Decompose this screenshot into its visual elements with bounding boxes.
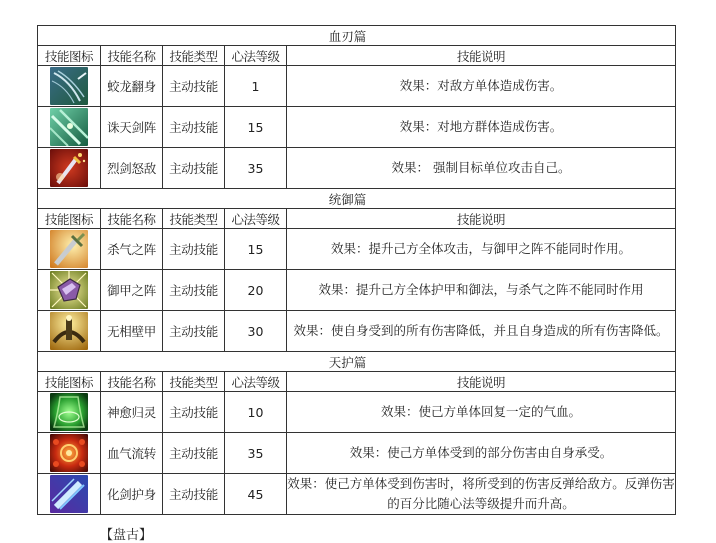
section-header-tongyu: 统御篇 [38,189,676,209]
col-header-icon: 技能图标 [38,209,101,229]
skill-desc: 效果：提升己方全体护甲和御法，与杀气之阵不能同时作用 [287,270,676,311]
skill-level: 15 [225,107,287,148]
table-row: 化剑护身 主动技能 45 效果：使己方单体受到伤害时，将所受到的伤害反弹给敌方。… [38,474,676,515]
skill-type: 主动技能 [163,392,225,433]
pangu-label: 【盘古】 [100,524,152,543]
skill-name: 诛天剑阵 [101,107,163,148]
skill-level: 20 [225,270,287,311]
skill-desc: 效果：使己方单体受到伤害时，将所受到的伤害反弹给敌方。反弹伤害的百分比随心法等级… [287,474,676,515]
skill-level: 35 [225,148,287,189]
skill-desc: 效果：使自身受到的所有伤害降低，并且自身造成的所有伤害降低。 [287,311,676,352]
golden-sword-icon [50,230,88,268]
col-header-desc: 技能说明 [287,372,676,392]
col-header-desc: 技能说明 [287,209,676,229]
skill-name: 烈剑怒敌 [101,148,163,189]
col-header-type: 技能类型 [163,372,225,392]
sword-guard-icon [50,475,88,513]
skill-name: 杀气之阵 [101,229,163,270]
skill-type: 主动技能 [163,66,225,107]
skill-name: 血气流转 [101,433,163,474]
skill-name: 御甲之阵 [101,270,163,311]
skill-type: 主动技能 [163,148,225,189]
section-header-tianhu: 天护篇 [38,352,676,372]
skill-type: 主动技能 [163,474,225,515]
skill-desc: 效果： 强制目标单位攻击自己。 [287,148,676,189]
col-header-type: 技能类型 [163,209,225,229]
section-title: 血刃篇 [329,27,367,45]
col-header-level: 心法等级 [225,46,287,66]
skill-type: 主动技能 [163,270,225,311]
skill-level: 15 [225,229,287,270]
skill-level: 45 [225,474,287,515]
sword-formation-icon [50,108,88,146]
col-header-name: 技能名称 [101,372,163,392]
col-header-icon: 技能图标 [38,372,101,392]
skill-level: 1 [225,66,287,107]
skill-name: 无相壁甲 [101,311,163,352]
skills-table: 血刃篇 技能图标 技能名称 技能类型 心法等级 技能说明 蛟龙翻身 主动技能 1… [37,25,676,515]
table-row: 诛天剑阵 主动技能 15 效果：对地方群体造成伤害。 [38,107,676,148]
shield-icon [50,271,88,309]
skill-desc: 效果：对敌方单体造成伤害。 [287,66,676,107]
skill-level: 30 [225,311,287,352]
skill-level: 35 [225,433,287,474]
skill-desc: 效果：提升己方全体攻击，与御甲之阵不能同时作用。 [287,229,676,270]
skill-type: 主动技能 [163,311,225,352]
col-header-level: 心法等级 [225,372,287,392]
skill-desc: 效果：对地方群体造成伤害。 [287,107,676,148]
col-header-type: 技能类型 [163,46,225,66]
green-heal-icon [50,393,88,431]
skill-type: 主动技能 [163,229,225,270]
column-header-row: 技能图标 技能名称 技能类型 心法等级 技能说明 [38,372,676,392]
skill-type: 主动技能 [163,107,225,148]
col-header-desc: 技能说明 [287,46,676,66]
skill-name: 化剑护身 [101,474,163,515]
skill-name: 神愈归灵 [101,392,163,433]
skill-name: 蛟龙翻身 [101,66,163,107]
table-row: 血气流转 主动技能 35 效果：使己方单体受到的部分伤害由自身承受。 [38,433,676,474]
blood-flow-icon [50,434,88,472]
fiery-sword-icon [50,149,88,187]
table-row: 神愈归灵 主动技能 10 效果：使己方单体回复一定的气血。 [38,392,676,433]
column-header-row: 技能图标 技能名称 技能类型 心法等级 技能说明 [38,209,676,229]
table-row: 御甲之阵 主动技能 20 效果：提升己方全体护甲和御法，与杀气之阵不能同时作用 [38,270,676,311]
skill-desc: 效果：使己方单体回复一定的气血。 [287,392,676,433]
col-header-level: 心法等级 [225,209,287,229]
skill-desc: 效果：使己方单体受到的部分伤害由自身承受。 [287,433,676,474]
skill-type: 主动技能 [163,433,225,474]
table-row: 烈剑怒敌 主动技能 35 效果： 强制目标单位攻击自己。 [38,148,676,189]
col-header-name: 技能名称 [101,46,163,66]
column-header-row: 技能图标 技能名称 技能类型 心法等级 技能说明 [38,46,676,66]
col-header-icon: 技能图标 [38,46,101,66]
section-header-xueren: 血刃篇 [38,26,676,46]
section-title: 统御篇 [329,190,367,208]
table-row: 无相壁甲 主动技能 30 效果：使自身受到的所有伤害降低，并且自身造成的所有伤害… [38,311,676,352]
skill-level: 10 [225,392,287,433]
table-row: 杀气之阵 主动技能 15 效果：提升己方全体攻击，与御甲之阵不能同时作用。 [38,229,676,270]
table-row: 蛟龙翻身 主动技能 1 效果：对敌方单体造成伤害。 [38,66,676,107]
col-header-name: 技能名称 [101,209,163,229]
golden-armor-icon [50,312,88,350]
section-title: 天护篇 [329,353,367,371]
dragon-blade-icon [50,67,88,105]
